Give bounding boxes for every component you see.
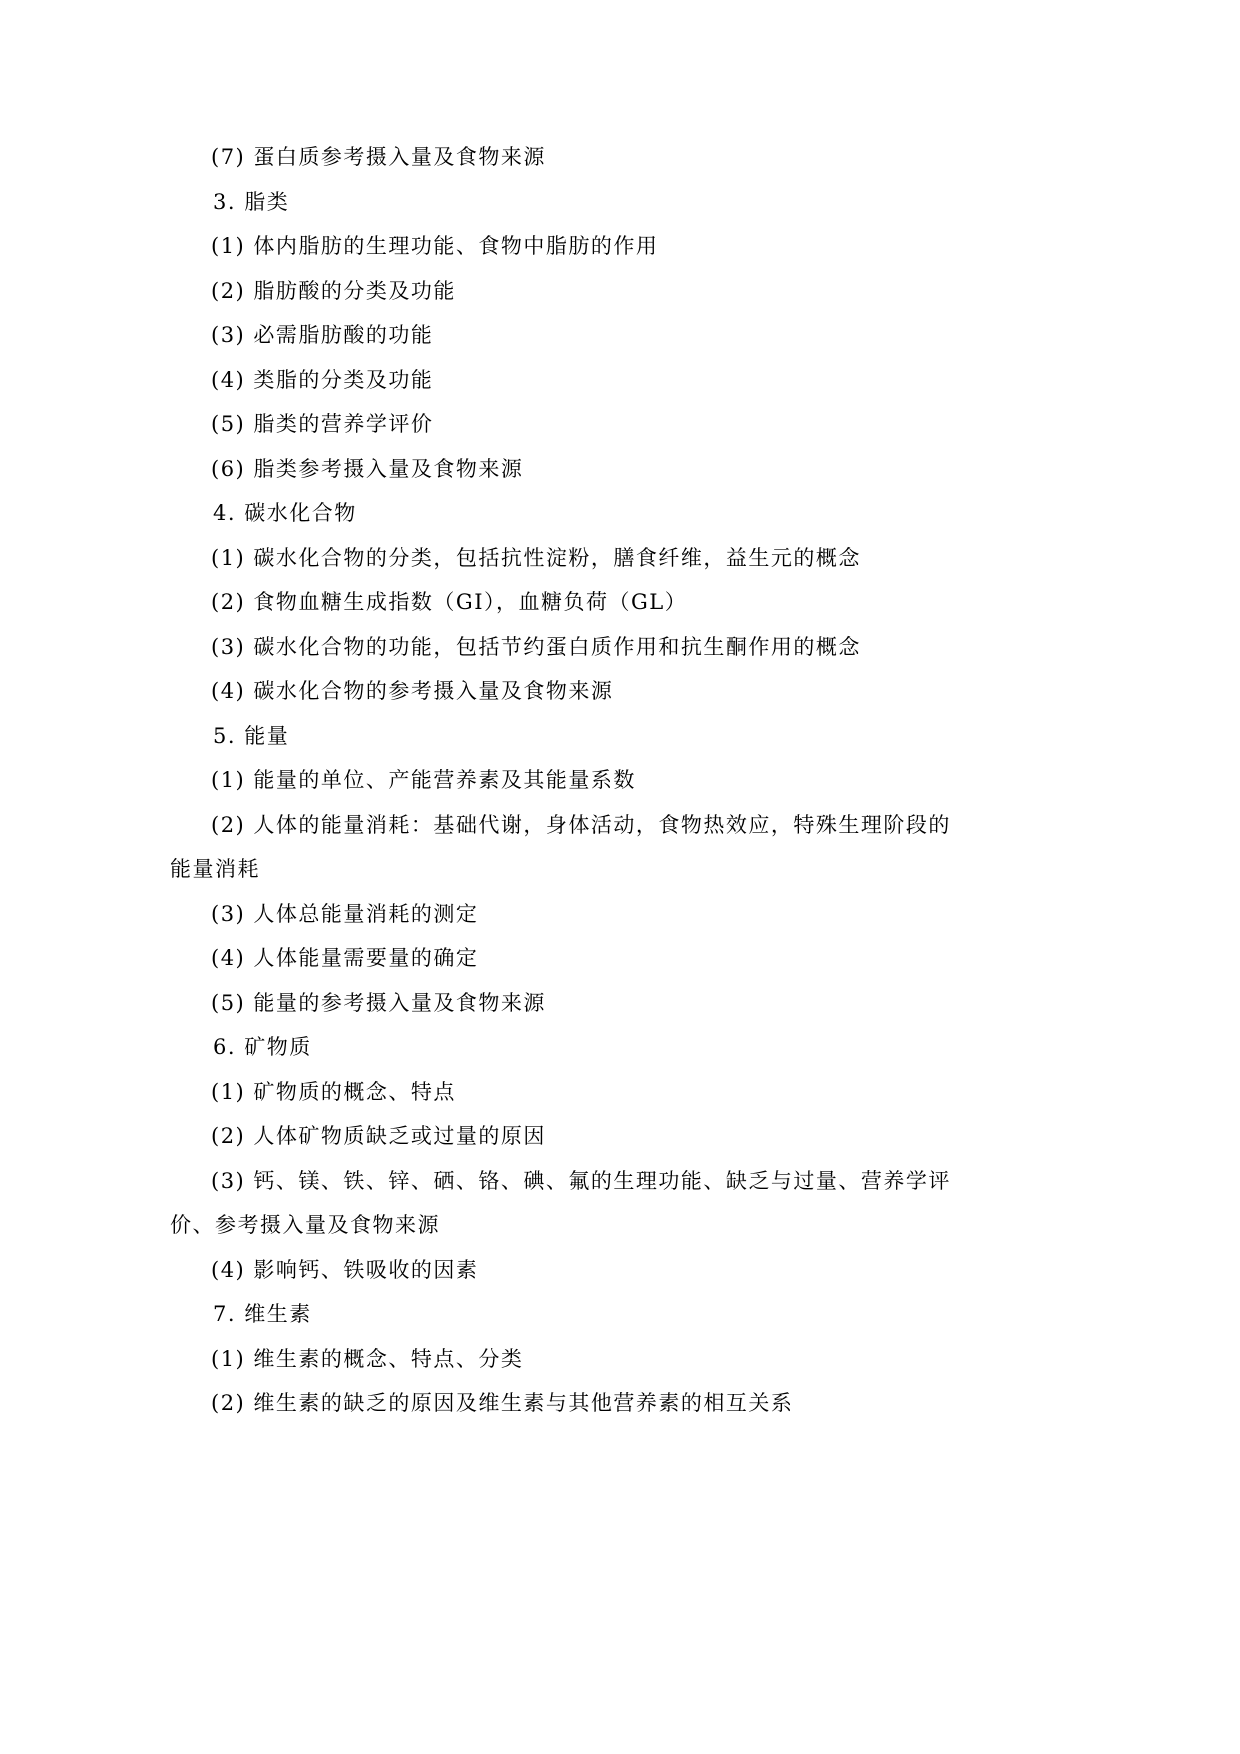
item-vitamin-2: (2) 维生素的缺乏的原因及维生素与其他营养素的相互关系 (170, 1381, 1055, 1426)
section-heading-carbohydrates: 4. 碳水化合物 (170, 491, 1055, 536)
item-lipid-2: (2) 脂肪酸的分类及功能 (170, 269, 1055, 314)
section-heading-minerals: 6. 矿物质 (170, 1025, 1055, 1070)
item-lipid-3: (3) 必需脂肪酸的功能 (170, 313, 1055, 358)
item-lipid-6: (6) 脂类参考摄入量及食物来源 (170, 447, 1055, 492)
item-energy-2-continuation: 能量消耗 (170, 847, 1055, 892)
document-page: (7) 蛋白质参考摄入量及食物来源 3. 脂类 (1) 体内脂肪的生理功能、食物… (0, 0, 1240, 1754)
item-energy-2: (2) 人体的能量消耗：基础代谢，身体活动，食物热效应，特殊生理阶段的 (170, 803, 1055, 848)
item-lipid-4: (4) 类脂的分类及功能 (170, 358, 1055, 403)
section-heading-vitamins: 7. 维生素 (170, 1292, 1055, 1337)
item-lipid-1: (1) 体内脂肪的生理功能、食物中脂肪的作用 (170, 224, 1055, 269)
item-protein-intake: (7) 蛋白质参考摄入量及食物来源 (170, 135, 1055, 180)
item-carb-4: (4) 碳水化合物的参考摄入量及食物来源 (170, 669, 1055, 714)
item-energy-5: (5) 能量的参考摄入量及食物来源 (170, 981, 1055, 1026)
item-carb-3: (3) 碳水化合物的功能，包括节约蛋白质作用和抗生酮作用的概念 (170, 625, 1055, 670)
item-mineral-2: (2) 人体矿物质缺乏或过量的原因 (170, 1114, 1055, 1159)
item-mineral-4: (4) 影响钙、铁吸收的因素 (170, 1248, 1055, 1293)
item-mineral-3: (3) 钙、镁、铁、锌、硒、铬、碘、氟的生理功能、缺乏与过量、营养学评 (170, 1159, 1055, 1204)
section-heading-lipids: 3. 脂类 (170, 180, 1055, 225)
item-mineral-3-continuation: 价、参考摄入量及食物来源 (170, 1203, 1055, 1248)
document-body: (7) 蛋白质参考摄入量及食物来源 3. 脂类 (1) 体内脂肪的生理功能、食物… (170, 135, 1055, 1426)
section-heading-energy: 5. 能量 (170, 714, 1055, 759)
item-carb-1: (1) 碳水化合物的分类，包括抗性淀粉，膳食纤维，益生元的概念 (170, 536, 1055, 581)
item-energy-1: (1) 能量的单位、产能营养素及其能量系数 (170, 758, 1055, 803)
item-mineral-1: (1) 矿物质的概念、特点 (170, 1070, 1055, 1115)
item-energy-3: (3) 人体总能量消耗的测定 (170, 892, 1055, 937)
item-lipid-5: (5) 脂类的营养学评价 (170, 402, 1055, 447)
item-carb-2: (2) 食物血糖生成指数（GI），血糖负荷（GL） (170, 580, 1055, 625)
item-energy-4: (4) 人体能量需要量的确定 (170, 936, 1055, 981)
item-vitamin-1: (1) 维生素的概念、特点、分类 (170, 1337, 1055, 1382)
